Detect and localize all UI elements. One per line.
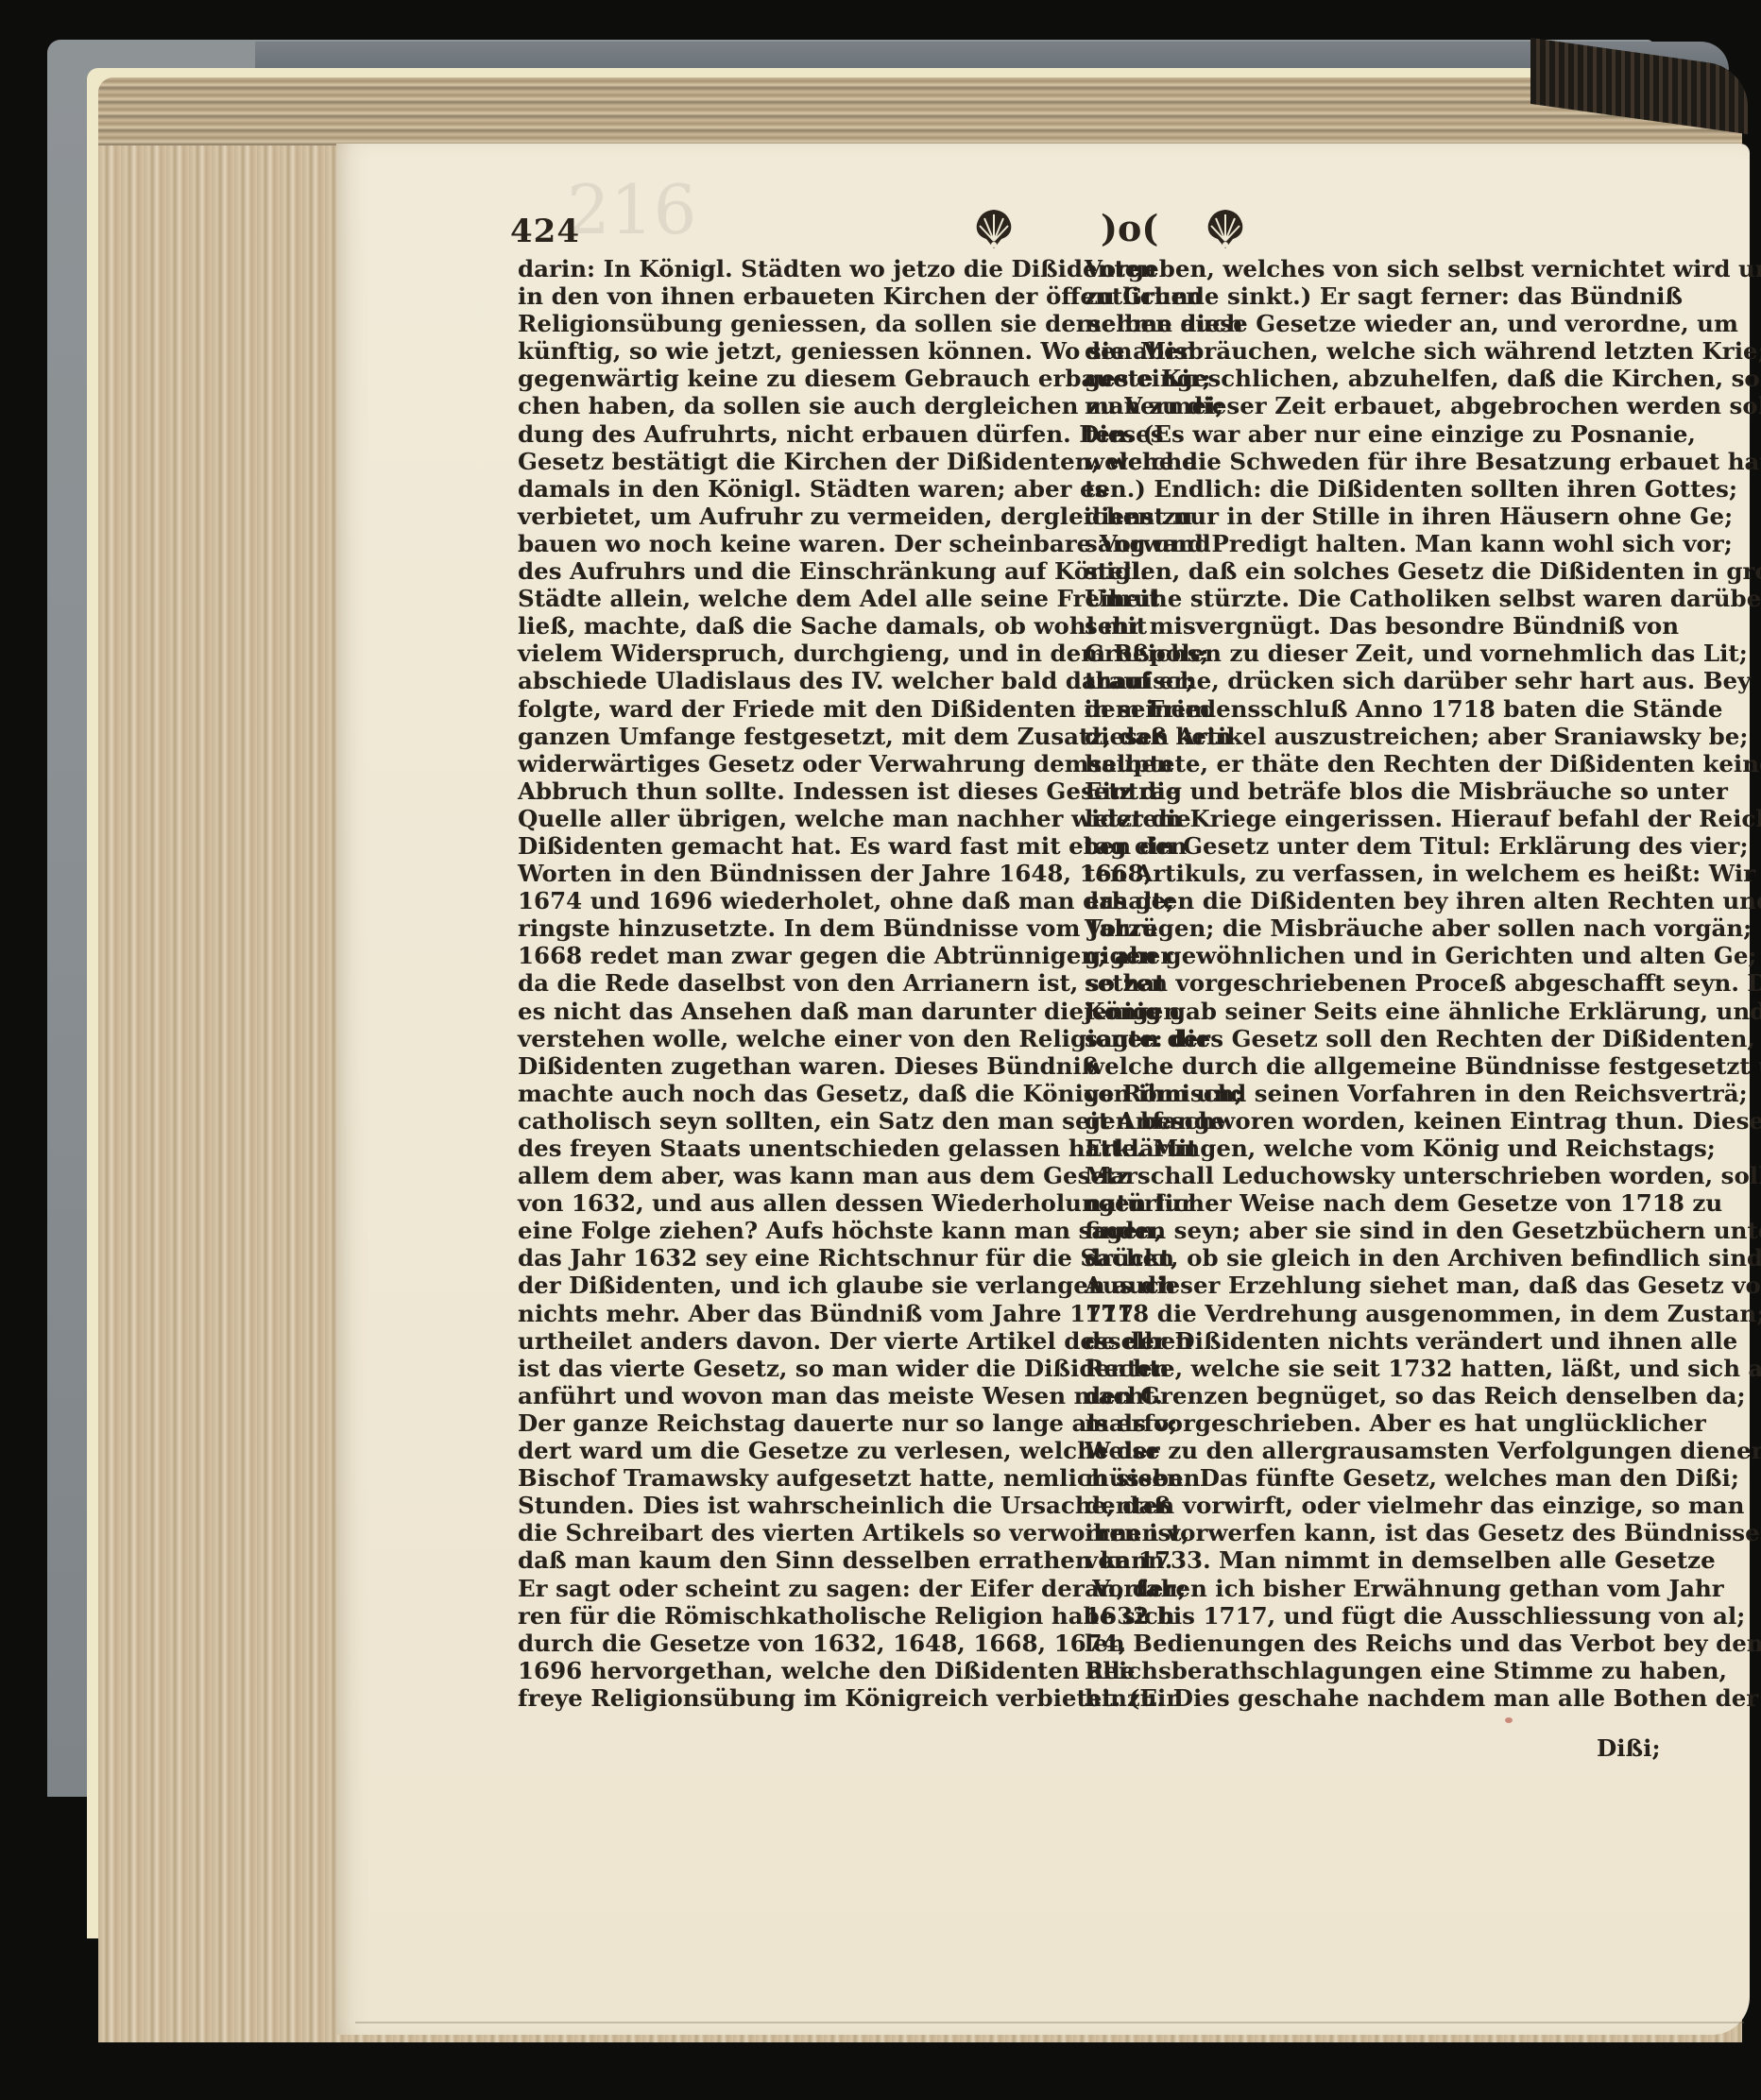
- text-line: hauptete, er thäte den Rechten der Dißid…: [1085, 750, 1655, 777]
- text-line: vielem Widerspruch, durchgieng, und in d…: [518, 640, 1073, 667]
- text-line: Er sagt oder scheint zu sagen: der Eifer…: [518, 1575, 1073, 1602]
- text-line: Stunden. Dies ist wahrscheinlich die Urs…: [518, 1492, 1073, 1519]
- text-line: Unruhe stürzte. Die Catholiken selbst wa…: [1085, 585, 1655, 612]
- text-line: dung des Aufruhrts, nicht erbauen dürfen…: [518, 420, 1073, 448]
- text-line: denten vorwirft, oder vielmehr das einzi…: [1085, 1492, 1655, 1519]
- text-line: Reichsberathschlagungen eine Stimme zu h…: [1085, 1657, 1655, 1684]
- text-line: Dißidenten gemacht hat. Es ward fast mit…: [518, 832, 1073, 860]
- text-line: Worten in den Bündnissen der Jahre 1648,…: [518, 860, 1073, 887]
- text-line: diesen Artikel auszustreichen; aber Sran…: [1085, 723, 1655, 750]
- text-line: ten.) Endlich: die Dißidenten sollten ih…: [1085, 475, 1655, 503]
- text-line: eine Folge ziehen? Aufs höchste kann man…: [518, 1217, 1073, 1244]
- text-line: gen beschworen worden, keinen Eintrag th…: [1085, 1107, 1655, 1135]
- text-line: anführt und wovon man das meiste Wesen m…: [518, 1382, 1073, 1409]
- page-number: 424: [510, 213, 580, 250]
- running-header: 424 )o(: [510, 213, 1663, 260]
- text-line: ließ, machte, daß die Sache damals, ob w…: [518, 612, 1073, 640]
- text-line: dert ward um die Gesetze zu verlesen, we…: [518, 1437, 1073, 1464]
- text-line: nehme diese Gesetze wieder an, und veror…: [1085, 310, 1655, 337]
- text-line: Bischof Tramawsky aufgesetzt hatte, neml…: [518, 1464, 1073, 1492]
- text-line: Der ganze Reichstag dauerte nur so lange…: [518, 1409, 1073, 1437]
- text-line: chen haben, da sollen sie auch dergleich…: [518, 392, 1073, 419]
- text-line: Rechte, welche sie seit 1732 hatten, läß…: [1085, 1355, 1655, 1382]
- text-line: dem Friedensschluß Anno 1718 baten die S…: [1085, 695, 1655, 723]
- text-line: Vorgeben, welches von sich selbst vernic…: [1085, 255, 1655, 282]
- text-line: der Dißidenten, und ich glaube sie verla…: [518, 1272, 1073, 1299]
- text-line: Aus dieser Erzehlung siehet man, daß das…: [1085, 1272, 1655, 1299]
- text-line: 1668 redet man zwar gegen die Abtrünnige…: [518, 942, 1073, 969]
- text-line: welche die Schweden für ihre Besatzung e…: [1085, 448, 1655, 475]
- text-line: künftig, so wie jetzt, geniessen können.…: [518, 337, 1073, 365]
- page-stack-top-edge: [98, 77, 1742, 145]
- text-line: ganzen Umfange festgesetzt, mit dem Zusa…: [518, 723, 1073, 750]
- text-line: 1718 die Verdrehung ausgenommen, in dem …: [1085, 1300, 1655, 1327]
- text-line: verbietet, um Aufruhr zu vermeiden, derg…: [518, 503, 1073, 530]
- text-line: folgte, ward der Friede mit den Dißident…: [518, 695, 1073, 723]
- text-line: hinzu. Dies geschahe nachdem man alle Bo…: [1085, 1684, 1655, 1712]
- text-line: Weise zu den allergrausamsten Verfolgung…: [1085, 1437, 1655, 1464]
- catchword: Dißi;: [1597, 1734, 1661, 1762]
- text-line: welche durch die allgemeine Bündnisse fe…: [1085, 1052, 1655, 1080]
- text-line: von 1632, und aus allen dessen Wiederhol…: [518, 1189, 1073, 1217]
- text-line: widerwärtiges Gesetz oder Verwahrung dem…: [518, 750, 1073, 777]
- text-line: gigen gewöhnlichen und in Gerichten und …: [1085, 942, 1655, 969]
- text-line: ten. (Es war aber nur eine einzige zu Po…: [1085, 420, 1655, 448]
- text-line: erhalten die Dißidenten bey ihren alten …: [1085, 887, 1655, 914]
- text-line: Quelle aller übrigen, welche man nachher…: [518, 805, 1073, 832]
- text-line: letztem Kriege eingerissen. Hierauf befa…: [1085, 805, 1655, 832]
- text-line: 1632 bis 1717, und fügt die Ausschliessu…: [1085, 1602, 1655, 1630]
- text-line: dienst nur in der Stille in ihren Häuser…: [1085, 503, 1655, 530]
- text-line: da die Rede daselbst von den Arrianern i…: [518, 969, 1073, 997]
- text-line: sehr misvergnügt. Das besondre Bündniß v…: [1085, 612, 1655, 640]
- text-line: catholisch seyn sollten, ein Satz den ma…: [518, 1107, 1073, 1135]
- text-line: durch die Gesetze von 1632, 1648, 1668, …: [518, 1630, 1073, 1657]
- text-line: zu Grunde sinkt.) Er sagt ferner: das Bü…: [1085, 282, 1655, 310]
- text-line: ten Artikuls, zu verfassen, in welchem e…: [1085, 860, 1655, 887]
- text-line: Abbruch thun sollte. Indessen ist dieses…: [518, 777, 1073, 805]
- text-line: Dißidenten zugethan waren. Dieses Bündni…: [518, 1052, 1073, 1080]
- page-bottom-edge: [355, 2022, 1744, 2023]
- shell-ornament-icon: [1205, 207, 1246, 259]
- text-line: daß man kaum den Sinn desselben errathen…: [518, 1546, 1073, 1574]
- book-cover-top-edge: [255, 42, 1729, 70]
- text-line: es nicht das Ansehen daß man darunter di…: [518, 998, 1073, 1025]
- text-line: drückt, ob sie gleich in den Archiven be…: [1085, 1244, 1655, 1272]
- text-line: man zu dieser Zeit erbauet, abgebrochen …: [1085, 392, 1655, 419]
- text-line: Vorzügen; die Misbräuche aber sollen nac…: [1085, 914, 1655, 942]
- text-line: machte auch noch das Gesetz, daß die Kön…: [518, 1080, 1073, 1107]
- text-line: an, deren ich bisher Erwähnung gethan vo…: [1085, 1575, 1655, 1602]
- text-line: natürlicher Weise nach dem Gesetze von 1…: [1085, 1189, 1655, 1217]
- text-line: len Bedienungen des Reichs und das Verbo…: [1085, 1630, 1655, 1657]
- text-line: Großpolen zu dieser Zeit, und vornehmlic…: [1085, 640, 1655, 667]
- text-line: allem dem aber, was kann man aus dem Ges…: [518, 1162, 1073, 1189]
- shell-ornament-icon: [973, 207, 1015, 259]
- text-line: den Misbräuchen, welche sich während let…: [1085, 337, 1655, 365]
- text-line: Städte allein, welche dem Adel alle sein…: [518, 585, 1073, 612]
- text-line: thauische, drücken sich darüber sehr har…: [1085, 667, 1655, 694]
- text-line: sagte: dies Gesetz soll den Rechten der …: [1085, 1025, 1655, 1052]
- text-line: verstehen wolle, welche einer von den Re…: [518, 1025, 1073, 1052]
- text-line: urtheilet anders davon. Der vierte Artik…: [518, 1327, 1073, 1355]
- text-line: das Jahr 1632 sey eine Richtschnur für d…: [518, 1244, 1073, 1272]
- text-line: Gesetz bestätigt die Kirchen der Dißiden…: [518, 448, 1073, 475]
- text-line: des freyen Staats unentschieden gelassen…: [518, 1135, 1073, 1162]
- text-line: gegenwärtig keine zu diesem Gebrauch erb…: [518, 365, 1073, 392]
- text-column-right: Vorgeben, welches von sich selbst vernic…: [1085, 255, 1655, 1712]
- text-line: ringste hinzusetzte. In dem Bündnisse vo…: [518, 914, 1073, 942]
- text-line: freye Religionsübung im Königreich verbi…: [518, 1684, 1073, 1712]
- text-line: darin: In Königl. Städten wo jetzo die D…: [518, 255, 1073, 282]
- ink-stain: [1505, 1717, 1513, 1723]
- text-line: ist das vierte Gesetz, so man wider die …: [518, 1355, 1073, 1382]
- text-line: mals vorgeschrieben. Aber es hat unglück…: [1085, 1409, 1655, 1437]
- text-line: bauen wo noch keine waren. Der scheinbar…: [518, 530, 1073, 557]
- text-line: Marschall Leduchowsky unterschrieben wor…: [1085, 1162, 1655, 1189]
- text-line: abschiede Uladislaus des IV. welcher bal…: [518, 667, 1073, 694]
- text-line: tag ein Gesetz unter dem Titul: Erklärun…: [1085, 832, 1655, 860]
- text-line: de der Dißidenten nichts verändert und i…: [1085, 1327, 1655, 1355]
- text-line: setzen vorgeschriebenen Proceß abgeschaf…: [1085, 969, 1655, 997]
- text-line: in den von ihnen erbaueten Kirchen der ö…: [518, 282, 1073, 310]
- text-line: König gab seiner Seits eine ähnliche Erk…: [1085, 998, 1655, 1025]
- text-line: 1696 hervorgethan, welche den Dißidenten…: [518, 1657, 1073, 1684]
- text-line: Religionsübung geniessen, da sollen sie …: [518, 310, 1073, 337]
- text-line: den Grenzen begnüget, so das Reich dense…: [1085, 1382, 1655, 1409]
- text-line: sang und Predigt halten. Man kann wohl s…: [1085, 530, 1655, 557]
- text-line: die Schreibart des vierten Artikels so v…: [518, 1519, 1073, 1546]
- text-line: stellen, daß ein solches Gesetz die Dißi…: [1085, 557, 1655, 585]
- text-line: ren für die Römischkatholische Religion …: [518, 1602, 1073, 1630]
- text-line: müssen. Das fünfte Gesetz, welches man d…: [1085, 1464, 1655, 1492]
- text-line: ges eingeschlichen, abzuhelfen, daß die …: [1085, 365, 1655, 392]
- text-line: 1674 und 1696 wiederholet, ohne daß man …: [518, 887, 1073, 914]
- text-line: Erklärungen, welche vom König und Reichs…: [1085, 1135, 1655, 1162]
- text-line: von ihm und seinen Vorfahren in den Reic…: [1085, 1080, 1655, 1107]
- divider-ornament: )o(: [1101, 211, 1158, 247]
- text-line: ihnen vorwerfen kann, ist das Gesetz des…: [1085, 1519, 1655, 1546]
- text-line: finden seyn; aber sie sind in den Gesetz…: [1085, 1217, 1655, 1244]
- text-line: damals in den Königl. Städten waren; abe…: [518, 475, 1073, 503]
- text-line: des Aufruhrs und die Einschränkung auf K…: [518, 557, 1073, 585]
- text-line: von 1733. Man nimmt in demselben alle Ge…: [1085, 1546, 1655, 1574]
- text-line: Eintrag und beträfe blos die Misbräuche …: [1085, 777, 1655, 805]
- text-line: nichts mehr. Aber das Bündniß vom Jahre …: [518, 1300, 1073, 1327]
- text-column-left: darin: In Königl. Städten wo jetzo die D…: [518, 255, 1073, 1712]
